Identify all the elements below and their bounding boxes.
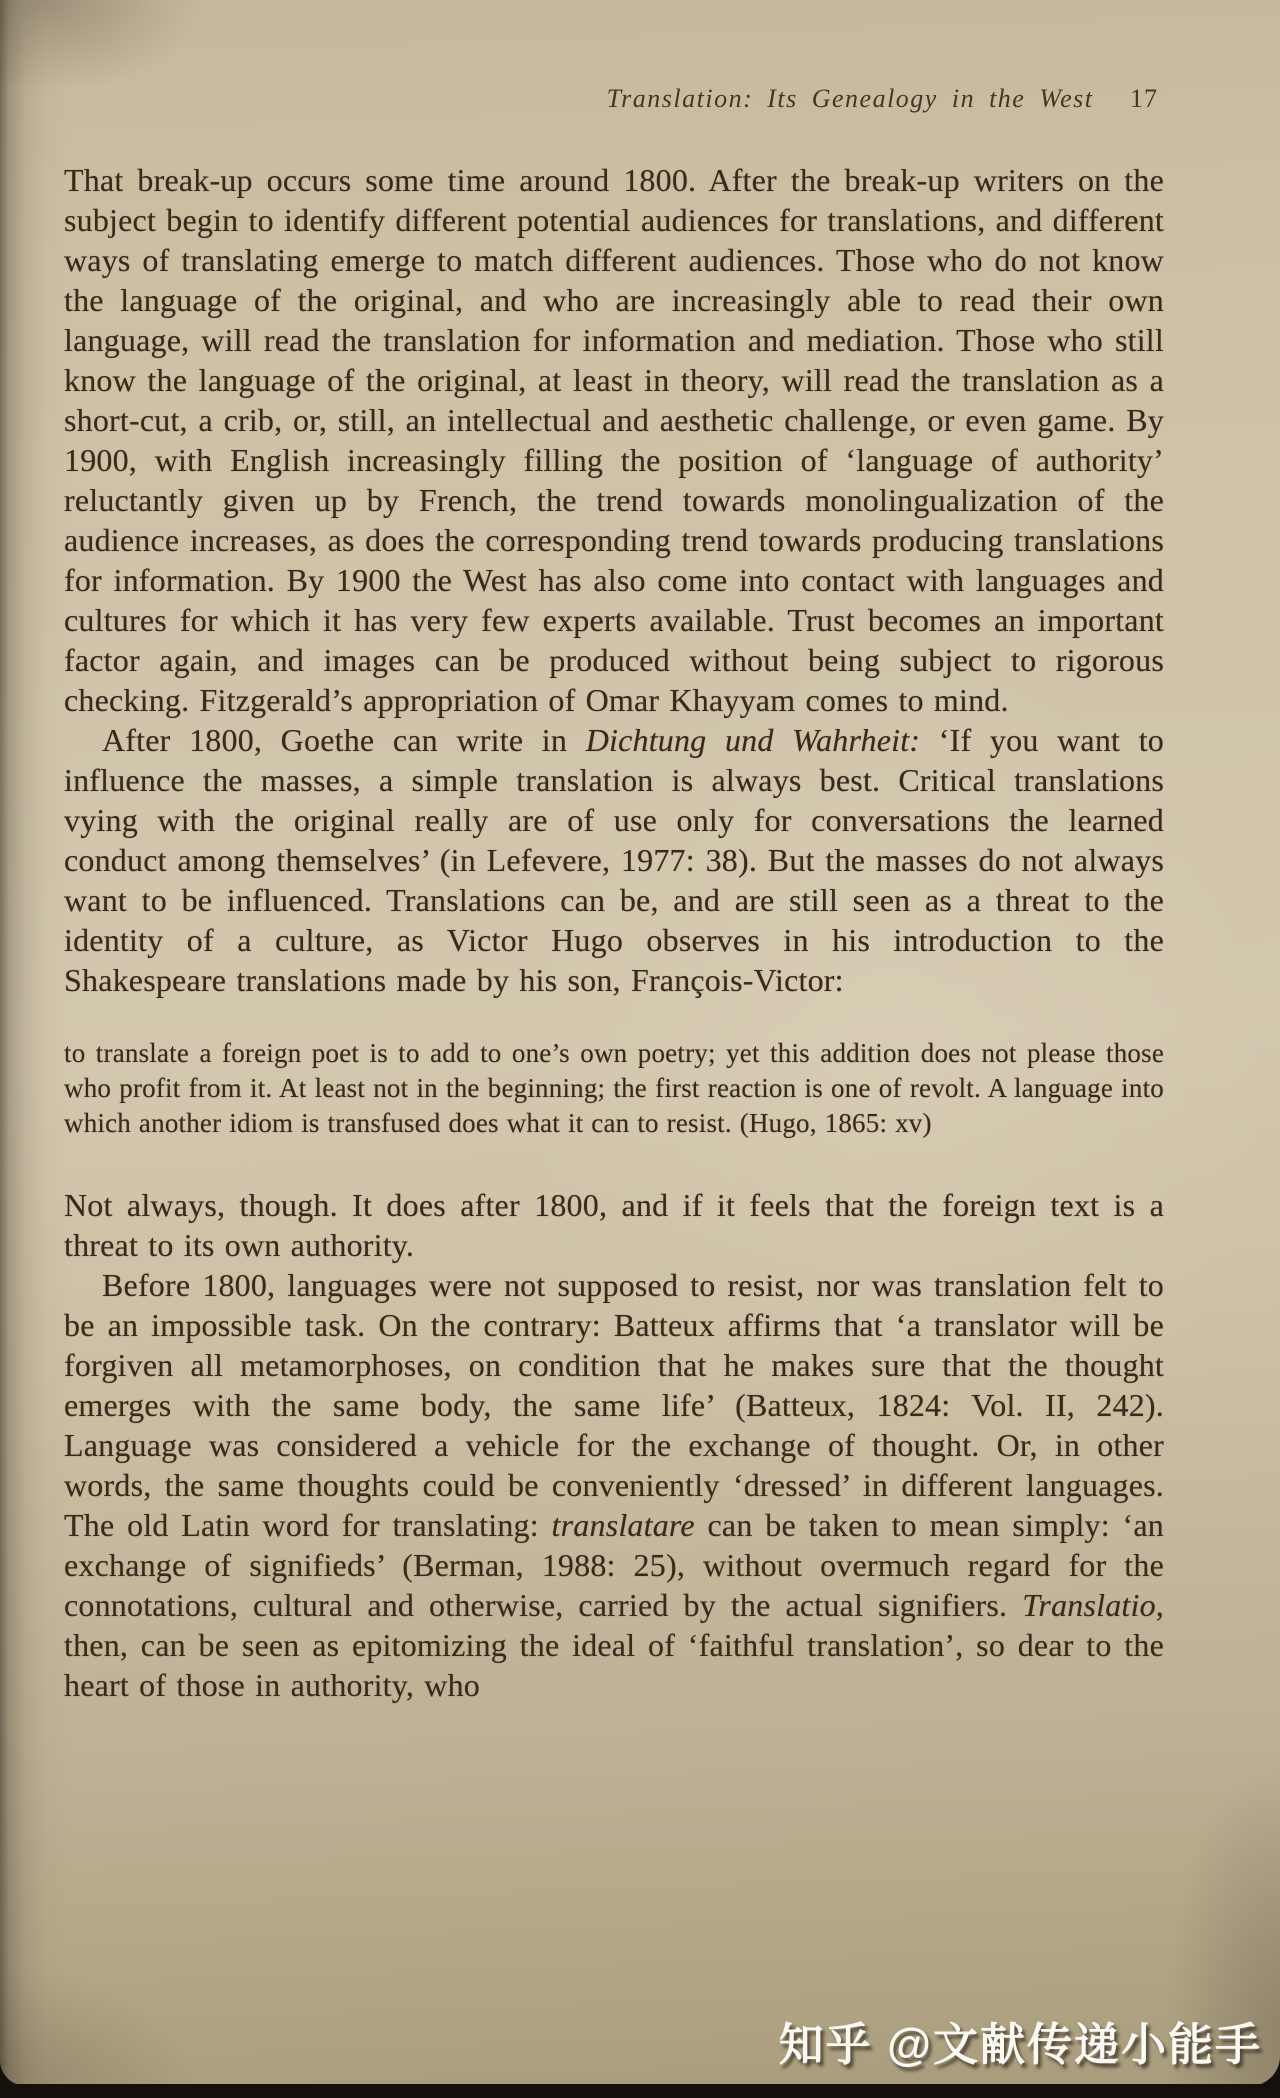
zhihu-watermark: 知乎 @文献传递小能手 (779, 2008, 1262, 2073)
paragraph-before-1800: Before 1800, languages were not supposed… (64, 1265, 1164, 1705)
scanner-edge-band (0, 2084, 1280, 2098)
running-title: Translation: Its Genealogy in the West (607, 84, 1094, 113)
text-column: That break-up occurs some time around 18… (64, 160, 1164, 1705)
scanned-book-page: Translation: Its Genealogy in the West 1… (0, 0, 1280, 2098)
blockquote-hugo: to translate a foreign poet is to add to… (64, 1036, 1164, 1141)
running-head: Translation: Its Genealogy in the West 1… (64, 82, 1158, 116)
page-number: 17 (1130, 82, 1158, 116)
paragraph-break-up: That break-up occurs some time around 18… (64, 160, 1164, 720)
paragraph-not-always: Not always, though. It does after 1800, … (64, 1185, 1164, 1265)
book-page: Translation: Its Genealogy in the West 1… (0, 0, 1280, 2086)
paragraph-goethe: After 1800, Goethe can write in Dichtung… (64, 720, 1164, 1000)
